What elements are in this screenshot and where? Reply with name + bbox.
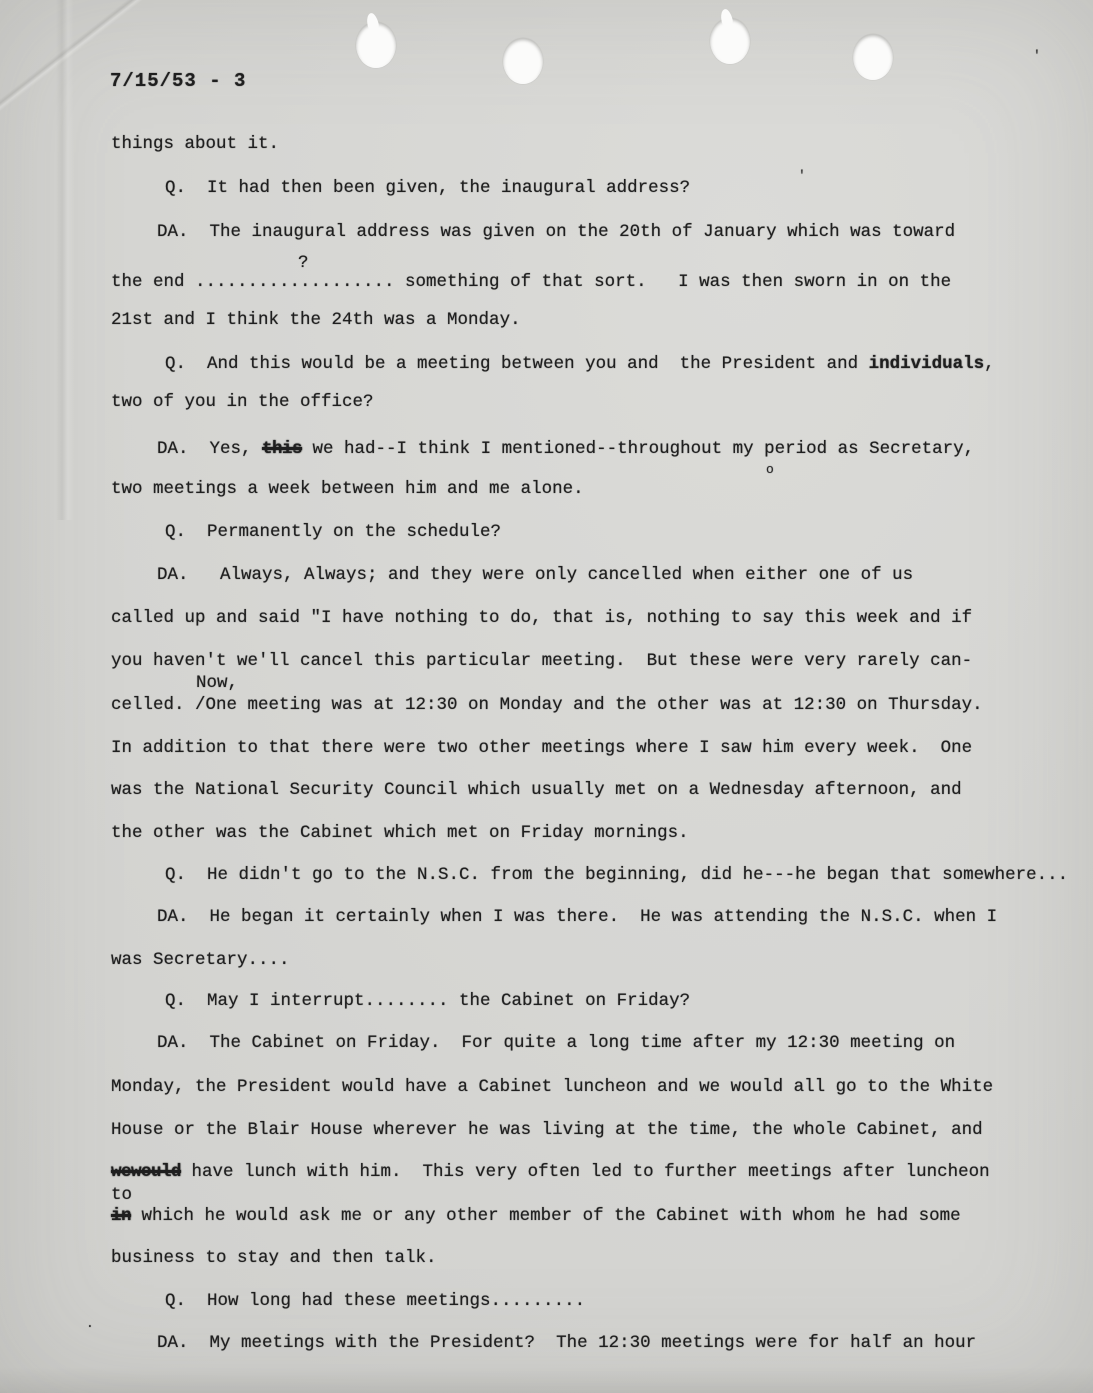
punch-hole (356, 22, 396, 68)
stray-ink-mark: ' (1033, 48, 1041, 63)
text-segment: called up and said "I have nothing to do… (111, 608, 972, 628)
text-segment: ? (298, 253, 309, 273)
text-segment: Q. He didn't go to the N.S.C. from the b… (165, 865, 1068, 885)
stray-ink-mark: . (86, 1316, 94, 1331)
transcript-line: the end ................... something of… (111, 271, 951, 293)
transcript-line: two of you in the office? (111, 391, 374, 413)
text-segment: Q. It had then been given, the inaugural… (165, 178, 690, 198)
transcript-line: was Secretary.... (111, 949, 290, 971)
text-segment: DA. Always, Always; and they were only c… (157, 565, 913, 585)
transcript-line: Q. And this would be a meeting between y… (165, 353, 995, 375)
text-segment: DA. My meetings with the President? The … (157, 1333, 976, 1353)
text-segment: DA. The Cabinet on Friday. For quite a l… (157, 1033, 955, 1053)
punch-hole (710, 18, 750, 64)
paper-crease (0, 1367, 1093, 1393)
paper-crease (0, 0, 211, 131)
text-segment: individuals (869, 354, 985, 374)
transcript-line: called up and said "I have nothing to do… (111, 607, 972, 629)
transcript-line: DA. Yes, this we had--I think I mentione… (157, 438, 974, 460)
text-segment: the end ................... something of… (111, 272, 951, 292)
transcript-line: DA. The Cabinet on Friday. For quite a l… (157, 1032, 955, 1054)
text-segment: have lunch with him. This very often led… (181, 1162, 990, 1182)
transcript-line: Q. It had then been given, the inaugural… (165, 177, 690, 199)
transcript-line: DA. The inaugural address was given on t… (157, 221, 955, 243)
text-segment: 21st and I think the 24th was a Monday. (111, 310, 521, 330)
punch-hole-tear (365, 12, 380, 32)
transcript-line: DA. He began it certainly when I was the… (157, 906, 997, 928)
punch-hole (853, 34, 893, 80)
document-page: 7/15/53 - 3 things about it.Q. It had th… (0, 0, 1093, 1393)
struck-out-text: wewould (111, 1162, 181, 1182)
text-segment: two of you in the office? (111, 392, 374, 412)
transcript-line: Q. How long had these meetings......... (165, 1290, 585, 1312)
text-segment: things about it. (111, 134, 279, 154)
transcript-line: Monday, the President would have a Cabin… (111, 1076, 993, 1098)
transcript-line: Q. Permanently on the schedule? (165, 521, 501, 543)
transcript-line: in which he would ask me or any other me… (111, 1205, 961, 1227)
transcript-line: two meetings a week between him and me a… (111, 478, 584, 500)
text-segment: Q. And this would be a meeting between y… (165, 354, 869, 374)
stray-ink-mark: o (766, 462, 774, 477)
text-segment: Now, (196, 673, 238, 693)
transcript-line: was the National Security Council which … (111, 779, 962, 801)
transcript-line: Q. He didn't go to the N.S.C. from the b… (165, 864, 1068, 886)
punch-hole (503, 38, 543, 84)
transcript-line: DA. My meetings with the President? The … (157, 1332, 976, 1354)
text-segment: DA. Yes, (157, 439, 262, 459)
transcript-line: In addition to that there were two other… (111, 737, 972, 759)
text-segment: Monday, the President would have a Cabin… (111, 1077, 993, 1097)
text-segment: DA. He began it certainly when I was the… (157, 907, 997, 927)
struck-out-text: in (111, 1206, 131, 1226)
text-segment: two meetings a week between him and me a… (111, 479, 584, 499)
punch-hole-tear (719, 8, 734, 28)
transcript-line: House or the Blair House wherever he was… (111, 1119, 983, 1141)
transcript-line: things about it. (111, 133, 279, 155)
text-segment: was Secretary.... (111, 950, 290, 970)
stray-ink-mark: ' (798, 168, 806, 183)
transcript-line: 21st and I think the 24th was a Monday. (111, 309, 521, 331)
text-segment: DA. The inaugural address was given on t… (157, 222, 955, 242)
paper-crease (56, 0, 74, 520)
text-segment: Q. How long had these meetings......... (165, 1291, 585, 1311)
inserted-correction: to (111, 1184, 132, 1206)
inserted-correction: Now, (196, 672, 238, 694)
struck-out-text: this (262, 439, 302, 459)
text-segment: , (984, 354, 995, 374)
text-segment: you haven't we'll cancel this particular… (111, 651, 972, 671)
text-segment: Q. Permanently on the schedule? (165, 522, 501, 542)
text-segment: we had--I think I mentioned--throughout … (302, 439, 974, 459)
text-segment: was the National Security Council which … (111, 780, 962, 800)
transcript-line: wewould have lunch with him. This very o… (111, 1161, 990, 1183)
text-segment: Q. May I interrupt........ the Cabinet o… (165, 991, 690, 1011)
transcript-line: the other was the Cabinet which met on F… (111, 822, 689, 844)
text-segment: House or the Blair House wherever he was… (111, 1120, 983, 1140)
transcript-line: Q. May I interrupt........ the Cabinet o… (165, 990, 690, 1012)
text-segment: In addition to that there were two other… (111, 738, 972, 758)
transcript-line: you haven't we'll cancel this particular… (111, 650, 972, 672)
text-segment: which he would ask me or any other membe… (131, 1206, 961, 1226)
transcript-line: celled. /One meeting was at 12:30 on Mon… (111, 694, 983, 716)
text-segment: to (111, 1185, 132, 1205)
text-segment: business to stay and then talk. (111, 1248, 437, 1268)
transcript-line: DA. Always, Always; and they were only c… (157, 564, 913, 586)
date-page-header: 7/15/53 - 3 (110, 70, 246, 92)
text-segment: the other was the Cabinet which met on F… (111, 823, 689, 843)
text-segment: celled. /One meeting was at 12:30 on Mon… (111, 695, 983, 715)
transcript-line: business to stay and then talk. (111, 1247, 437, 1269)
